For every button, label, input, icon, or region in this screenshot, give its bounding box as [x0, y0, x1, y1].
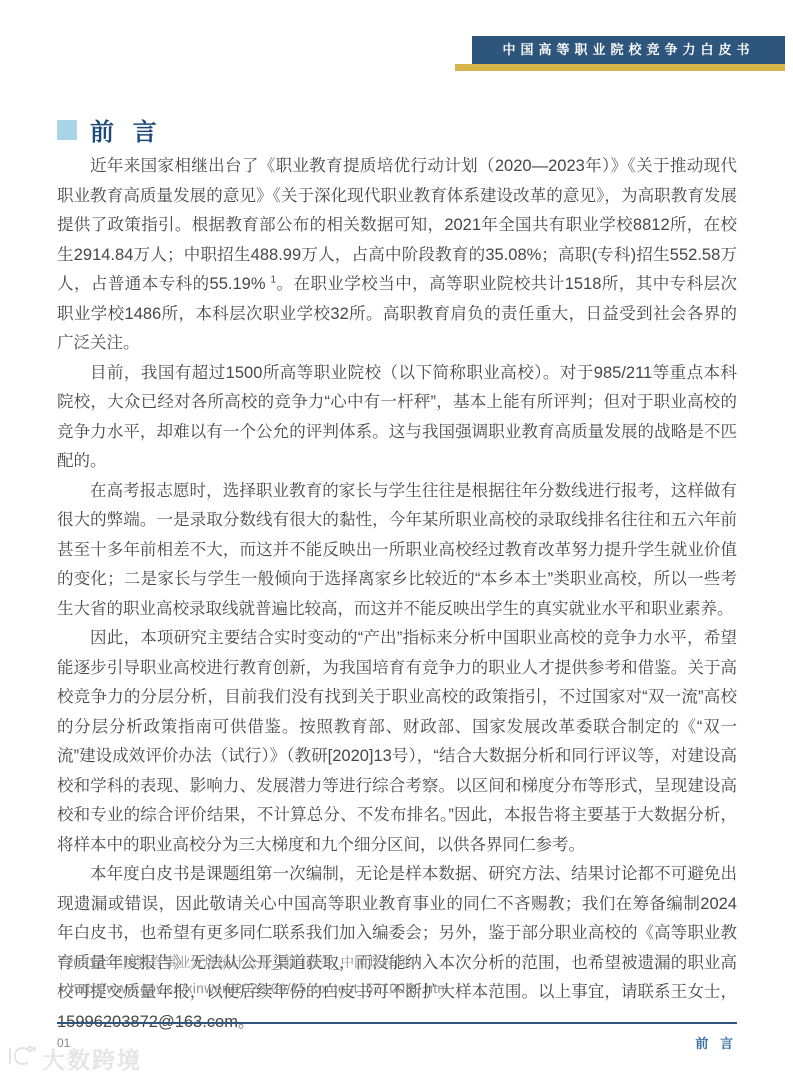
footnote-marker: 1 — [57, 954, 62, 964]
preface-paragraph-2: 目前，我国有超过1500所高等职业院校（以下简称职业高校）。对于985/211等… — [57, 359, 737, 477]
paragraph-text: 近年来国家相继出台了《职业教育提质培优行动计划（2020—2023年）》《关于推… — [57, 157, 737, 293]
document-page: 中国高等职业院校竞争力白皮书 前 言 近年来国家相继出台了《职业教育提质培优行动… — [0, 0, 793, 1077]
footer-section-label: 前 言 — [695, 1033, 737, 1052]
bullet-square-icon — [57, 120, 77, 140]
preface-paragraph-3: 在高考报志愿时，选择职业教育的家长与学生往往是根据往年分数线进行报考，这样做有很… — [57, 477, 737, 625]
header-gold-rule — [455, 64, 785, 71]
footnote-source-line: 12021年全国教育事业发展统计公报_部门政务_中国政府网 — [57, 950, 737, 976]
preface-body: 近年来国家相继出台了《职业教育提质培优行动计划（2020—2023年）》《关于推… — [57, 152, 737, 1037]
footnote-text: 2021年全国教育事业发展统计公报_部门政务_中国政府网 — [66, 955, 408, 970]
preface-paragraph-1: 近年来国家相继出台了《职业教育提质培优行动计划（2020—2023年）》《关于推… — [57, 152, 737, 359]
section-heading: 前 言 — [57, 112, 163, 147]
footnote-url: http://www.gov.cn/xinwen/2022-09/15/cont… — [57, 976, 737, 1002]
header-title: 中国高等职业院校竞争力白皮书 — [472, 36, 785, 64]
preface-paragraph-4: 因此，本项研究主要结合实时变动的“产出”指标来分析中国职业高校的竞争力水平，希望… — [57, 624, 737, 860]
footer: 01 前 言 — [57, 1033, 737, 1052]
watermark-logo-icon — [6, 1044, 36, 1074]
header-banner: 中国高等职业院校竞争力白皮书 — [455, 36, 785, 71]
footnote: 12021年全国教育事业发展统计公报_部门政务_中国政府网 http://www… — [57, 950, 737, 1002]
watermark-text: 大数跨境 — [42, 1042, 142, 1075]
watermark: 大数跨境 — [6, 1042, 142, 1075]
footer-divider — [57, 1022, 737, 1024]
section-heading-text: 前 言 — [90, 112, 163, 147]
preface-paragraph-5: 本年度白皮书是课题组第一次编制，无论是样本数据、研究方法、结果讨论都不可避免出现… — [57, 860, 737, 1037]
